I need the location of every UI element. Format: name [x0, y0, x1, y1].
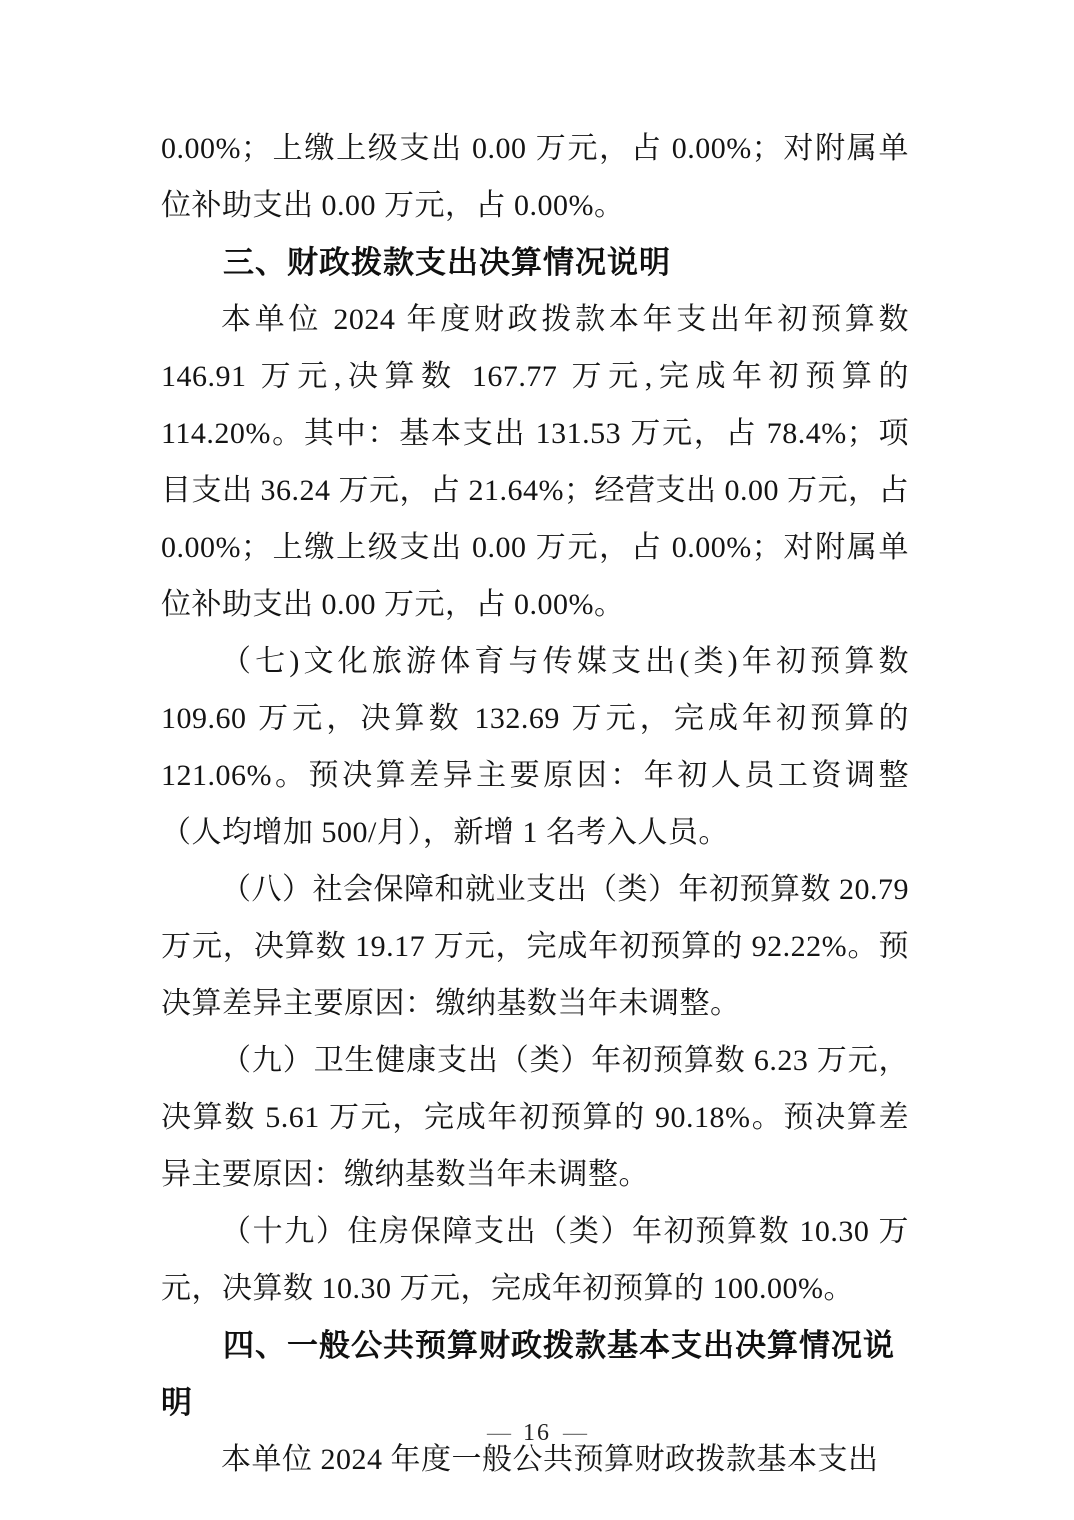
section-heading-four: 四、一般公共预算财政拨款基本支出决算情况说明	[161, 1317, 909, 1431]
paragraph-fiscal-expenditure-summary: 本单位 2024 年度财政拨款本年支出年初预算数 146.91 万元,决算数 1…	[161, 291, 909, 633]
footer-dash-right: —	[551, 1420, 599, 1446]
paragraph-item-8-social-security: （八）社会保障和就业支出（类）年初预算数 20.79 万元，决算数 19.17 …	[161, 861, 909, 1032]
paragraph-continuation: 0.00%；上缴上级支出 0.00 万元，占 0.00%；对附属单位补助支出 0…	[161, 120, 909, 234]
section-heading-three: 三、财政拨款支出决算情况说明	[161, 234, 909, 291]
footer-dash-left: —	[475, 1420, 523, 1446]
page-content: 0.00%；上缴上级支出 0.00 万元，占 0.00%；对附属单位补助支出 0…	[161, 120, 909, 1488]
paragraph-item-19-housing: （十九）住房保障支出（类）年初预算数 10.30 万元，决算数 10.30 万元…	[161, 1203, 909, 1317]
document-page: 0.00%；上缴上级支出 0.00 万元，占 0.00%；对附属单位补助支出 0…	[0, 0, 1074, 1520]
paragraph-item-9-health: （九）卫生健康支出（类）年初预算数 6.23 万元，决算数 5.61 万元，完成…	[161, 1032, 909, 1203]
paragraph-item-7-culture-tourism: （七)文化旅游体育与传媒支出(类)年初预算数 109.60 万元，决算数 132…	[161, 633, 909, 861]
page-number: 16	[523, 1420, 551, 1446]
page-footer: —16—	[0, 1418, 1074, 1448]
